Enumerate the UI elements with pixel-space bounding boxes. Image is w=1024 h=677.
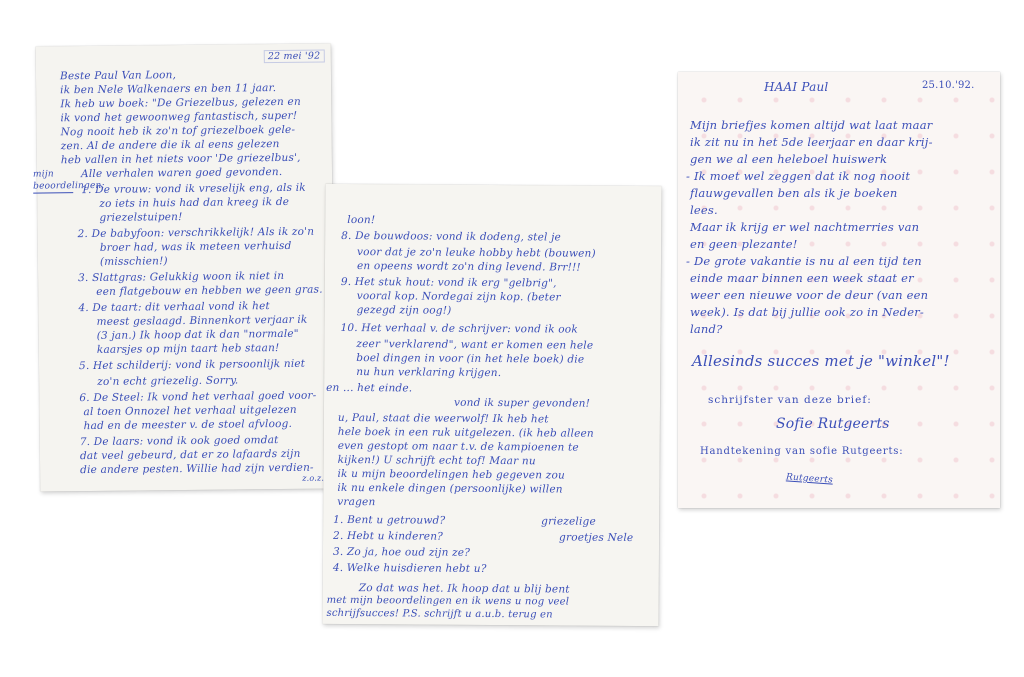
letter-line: heb vallen in het niets voor 'De griezel… [61,152,301,167]
letter-line: u, Paul, staat die weerwolf! Ik heb het [338,412,549,425]
letter-line: 10. Het verhaal v. de schrijver: vond ik… [340,322,577,336]
margin-note: mijn beoordelingen: [33,168,73,193]
letter-line: gezegd zijn oog!) [357,304,452,317]
greeting: HAAI Paul [764,80,828,94]
signature: Rutgeerts [786,472,834,485]
letter-line: zeer "verklarend", want er komen een hel… [356,338,593,352]
letter-line: vond ik super gevonden! [454,397,590,410]
letter-line: 9. Het stuk hout: vond ik erg "gelbrig", [341,276,557,290]
letter-line: kaarsjes op mijn taart heb staan! [97,342,280,356]
letter-line: had en de meester v. de stoel afvloog. [84,418,293,432]
closing-signature: groetjes Nele [559,531,633,544]
letter-line: meest geslaagd. Binnenkort verjaar ik [97,314,308,328]
letter-line: 5. Het schilderij: vond ik persoonlijk n… [79,358,305,372]
letter-line: (3 jan.) Ik hoop dat ik dan "normale" [97,328,299,342]
letter-line: - De grote vakantie is nu al een tijd te… [686,254,922,268]
letter-line: zo'n echt griezelig. Sorry. [97,374,238,387]
letter-date: 25.10.'92. [922,80,974,91]
letter-line: land? [690,322,722,336]
letter-line: lees. [690,203,718,217]
letter-line: ik u mijn beoordelingen heb gegeven zou [337,468,565,482]
letter-line: Mijn briefjes komen altijd wat laat maar [690,118,932,132]
letter-line: ik zit nu in het 5de leerjaar en daar kr… [690,135,933,149]
letter-line: broer had, was ik meteen verhuisd [100,240,292,254]
letter-line: ik ben Nele Walkenaers en ben 11 jaar. [60,82,276,96]
letter-line: Beste Paul Van Loon, [60,69,176,82]
letter-line: Maar ik krijg er wel nachtmerries van [690,220,919,234]
letter-line: week). Is dat bij jullie ook zo in Neder… [690,305,924,319]
letter-line: 3. Zo ja, hoe oud zijn ze? [333,546,470,559]
letter-line: 8. De bouwdoos: vond ik dodeng, stel je [341,230,561,244]
letter-line: en geen plezante! [690,237,798,251]
letter-line: loon! [347,214,375,226]
letter-line: - Ik moet wel zeggen dat ik nog nooit [686,169,910,183]
letter-right-page: HAAI Paul 25.10.'92. Mijn briefjes komen… [678,72,1000,508]
letter-line: weer een nieuwe voor de deur (van een [690,288,928,302]
signature-label: Handtekening van sofie Rutgeerts: [700,446,903,457]
letter-line: 6. De Steel: Ik vond het verhaal goed vo… [79,390,316,404]
letter-date: 22 mei '92 [264,50,325,64]
closing-line: griezelige [541,515,596,527]
letter-line: 1. Bent u getrouwd? [333,514,445,527]
letter-line: vooral kop. Nordegai zijn kop. (beter [357,290,561,303]
letter-line: ik nu enkele dingen (persoonlijke) wille… [337,482,562,496]
letter-line: (misschien!) [100,255,168,268]
letter-line: boel dingen in voor (in het hele boek) d… [356,352,584,366]
letter-line: nu hun verklaring krijgen. [356,366,501,379]
letter-line: 4. Welke huisdieren hebt u? [333,562,487,575]
letter-line: met mijn beoordelingen en ik wens u nog … [327,595,570,608]
letter-line: schrijfsucces! P.S. schrijft u a.u.b. te… [327,608,553,621]
letter-line: hele boek in een ruk uitgelezen. (ik heb… [338,426,594,440]
letter-line: al toen Onnozel het verhaal uitgelezen [83,404,296,418]
letter-line: Ik heb uw boek: "De Griezelbus, gelezen … [60,96,301,111]
letter-line: dat veel gebeurd, dat er zo lafaards zij… [80,448,301,462]
letter-line: gen we al een heleboel huiswerk [690,152,887,166]
letter-line: griezelstuipen! [99,211,182,224]
letter-line: 7. De laars: vond ik ook goed omdat [80,434,279,448]
letter-line: kijken!) U schrijft echt tof! Maar nu [338,454,536,467]
writer-name: Sofie Rutgeerts [776,416,890,432]
letter-left-page: 22 mei '92 Beste Paul Van Loon, ik ben N… [36,43,336,491]
letter-middle-page: loon! 8. De bouwdoos: vond ik dodeng, st… [322,184,661,626]
letter-line: Alle verhalen waren goed gevonden. [81,166,283,180]
letter-line: Nog nooit heb ik zo'n tof griezelboek ge… [61,124,296,138]
letter-line: flauwgevallen ben als ik je boeken [690,186,898,200]
letter-line: en opeens wordt zo'n ding levend. Brr!!! [357,260,581,274]
letter-line: 4. De taart: dit verhaal vond ik het [78,300,270,314]
letter-line: even gestopt om naar t.v. de kampioenen … [338,440,579,454]
writer-label: schrijfster van deze brief: [708,394,872,406]
letter-line: en ... het einde. [326,382,412,395]
letter-line: voor dat je zo'n leuke hobby hebt (bouwe… [357,246,596,260]
letter-line: een flatgebouw en hebben we geen gras. [96,284,323,298]
letter-line: 2. Hebt u kinderen? [333,530,443,543]
wish-line: Allesinds succes met je "winkel"! [692,352,950,370]
letter-line: zen. Al de andere die ik al eens gelezen [61,138,280,152]
letter-line: vragen [337,496,375,508]
letter-line: Zo dat was het. Ik hoop dat u blij bent [359,582,570,595]
letter-line: die andere pesten. Willie had zijn verdi… [80,462,314,476]
letter-line: 2. De babyfoon: verschrikkelijk! Als ik … [78,226,315,240]
letter-line: 1. De vrouw: vond ik vreselijk eng, als … [81,182,306,196]
letter-line: 3. Slattgras: Gelukkig woon ik niet in [78,270,284,284]
letter-line: zo iets in huis had dan kreeg ik de [99,196,289,210]
letter-line: einde maar binnen een week staat er [690,271,914,285]
letter-line: ik vond het gewoonweg fantastisch, super… [60,110,297,124]
